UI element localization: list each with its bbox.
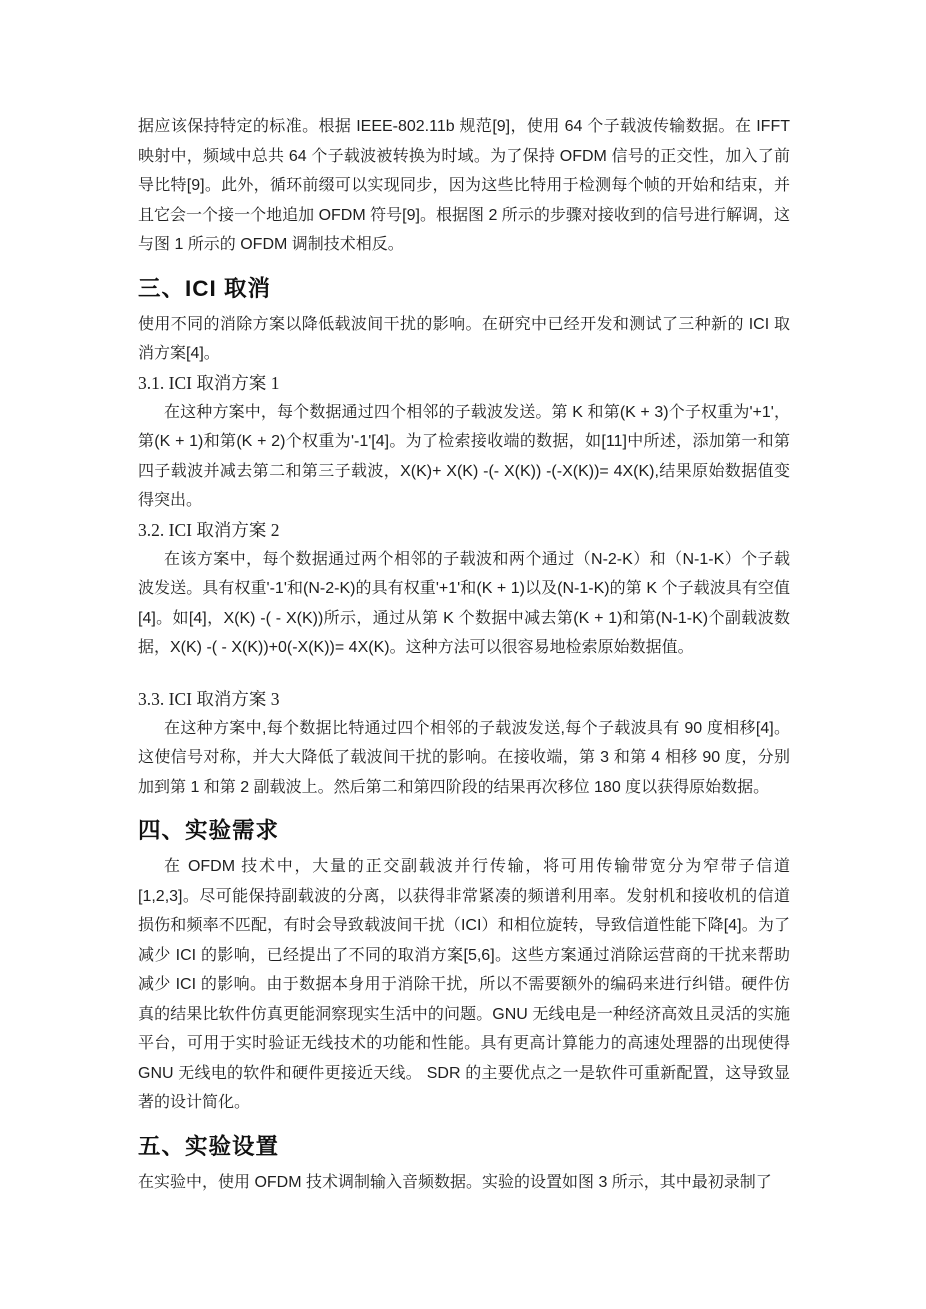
paragraph: 在 OFDM 技术中，大量的正交副载波并行传输，将可用传输带宽分为窄带子信道[1… — [138, 852, 790, 1118]
subsection-heading: 3.3. ICI 取消方案 3 — [138, 685, 790, 714]
section-heading: 五、实验设置 — [138, 1132, 790, 1161]
paragraph: 在实验中，使用 OFDM 技术调制输入音频数据。实验的设置如图 3 所示，其中最… — [138, 1168, 790, 1198]
paragraph: 在该方案中，每个数据通过两个相邻的子载波和两个通过（N-2-K）和（N-1-K）… — [138, 545, 790, 663]
section-heading: 四、实验需求 — [138, 816, 790, 845]
paragraph: 使用不同的消除方案以降低载波间干扰的影响。在研究中已经开发和测试了三种新的 IC… — [138, 310, 790, 369]
paragraph: 在这种方案中,每个数据比特通过四个相邻的子载波发送,每个子载波具有 90 度相移… — [138, 714, 790, 803]
paragraph: 在这种方案中，每个数据通过四个相邻的子载波发送。第 K 和第(K + 3)个子权… — [138, 398, 790, 516]
subsection-heading: 3.1. ICI 取消方案 1 — [138, 369, 790, 398]
blank-line — [138, 663, 790, 685]
subsection-heading: 3.2. ICI 取消方案 2 — [138, 516, 790, 545]
document-page-content: 据应该保持特定的标准。根据 IEEE-802.11b 规范[9]，使用 64 个… — [138, 112, 790, 1197]
paragraph: 据应该保持特定的标准。根据 IEEE-802.11b 规范[9]，使用 64 个… — [138, 112, 790, 260]
document-page: 据应该保持特定的标准。根据 IEEE-802.11b 规范[9]，使用 64 个… — [0, 0, 926, 1309]
section-heading: 三、ICI 取消 — [138, 274, 790, 303]
